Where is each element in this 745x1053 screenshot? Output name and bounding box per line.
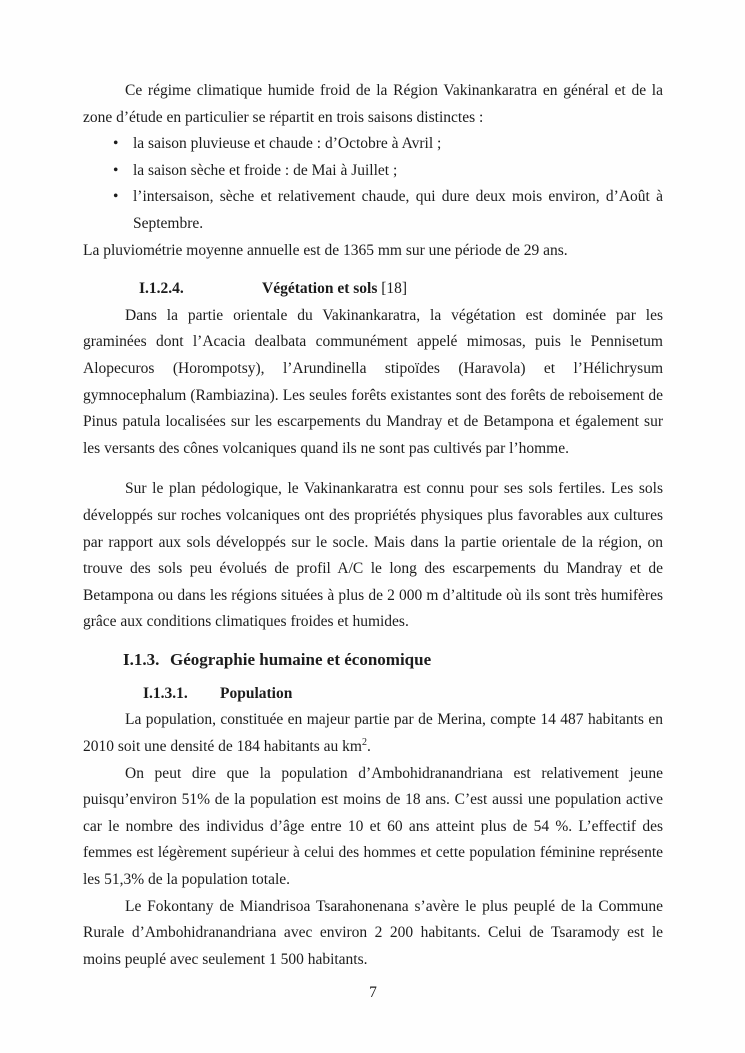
heading-population: I.1.3.1.Population (83, 681, 663, 708)
list-item: • la saison sèche et froide : de Mai à J… (113, 158, 663, 185)
paragraph-pluviometrie: La pluviométrie moyenne annuelle est de … (83, 238, 663, 265)
bullet-icon: • (113, 184, 118, 211)
heading-title: Population (220, 685, 292, 702)
bullet-icon: • (113, 131, 118, 158)
list-item: • la saison pluvieuse et chaude : d’Octo… (113, 131, 663, 158)
heading-title: Végétation et sols (262, 280, 377, 297)
paragraph-climate-intro: Ce régime climatique humide froid de la … (83, 78, 663, 131)
paragraph-fokontany: Le Fokontany de Miandrisoa Tsarahonenana… (83, 894, 663, 974)
paragraph-population-end: . (367, 738, 371, 755)
heading-number: I.1.3.1. (143, 681, 220, 708)
paragraph-population-text: La population, constituée en majeur part… (83, 711, 663, 755)
season-list: • la saison pluvieuse et chaude : d’Octo… (83, 131, 663, 237)
paragraph-demographie: On peut dire que la population d’Ambohid… (83, 761, 663, 894)
bullet-icon: • (113, 158, 118, 185)
paragraph-pedologie: Sur le plan pédologique, le Vakinankarat… (83, 476, 663, 636)
heading-number: I.1.3. (123, 646, 170, 674)
list-item: • l’intersaison, sèche et relativement c… (113, 184, 663, 237)
paragraph-vegetation: Dans la partie orientale du Vakinankarat… (83, 303, 663, 463)
paragraph-population: La population, constituée en majeur part… (83, 707, 663, 760)
list-item-text: la saison pluvieuse et chaude : d’Octobr… (133, 135, 441, 152)
document-page: Ce régime climatique humide froid de la … (0, 0, 745, 1053)
list-item-text: l’intersaison, sèche et relativement cha… (133, 188, 663, 232)
list-item-text: la saison sèche et froide : de Mai à Jui… (133, 162, 397, 179)
heading-number: I.1.2.4. (139, 276, 262, 303)
heading-reference: [18] (377, 280, 407, 297)
heading-title: Géographie humaine et économique (170, 650, 431, 669)
heading-geographie-humaine: I.1.3.Géographie humaine et économique (83, 646, 663, 674)
page-number: 7 (83, 980, 663, 1007)
heading-vegetation-sols: I.1.2.4.Végétation et sols [18] (83, 276, 663, 303)
